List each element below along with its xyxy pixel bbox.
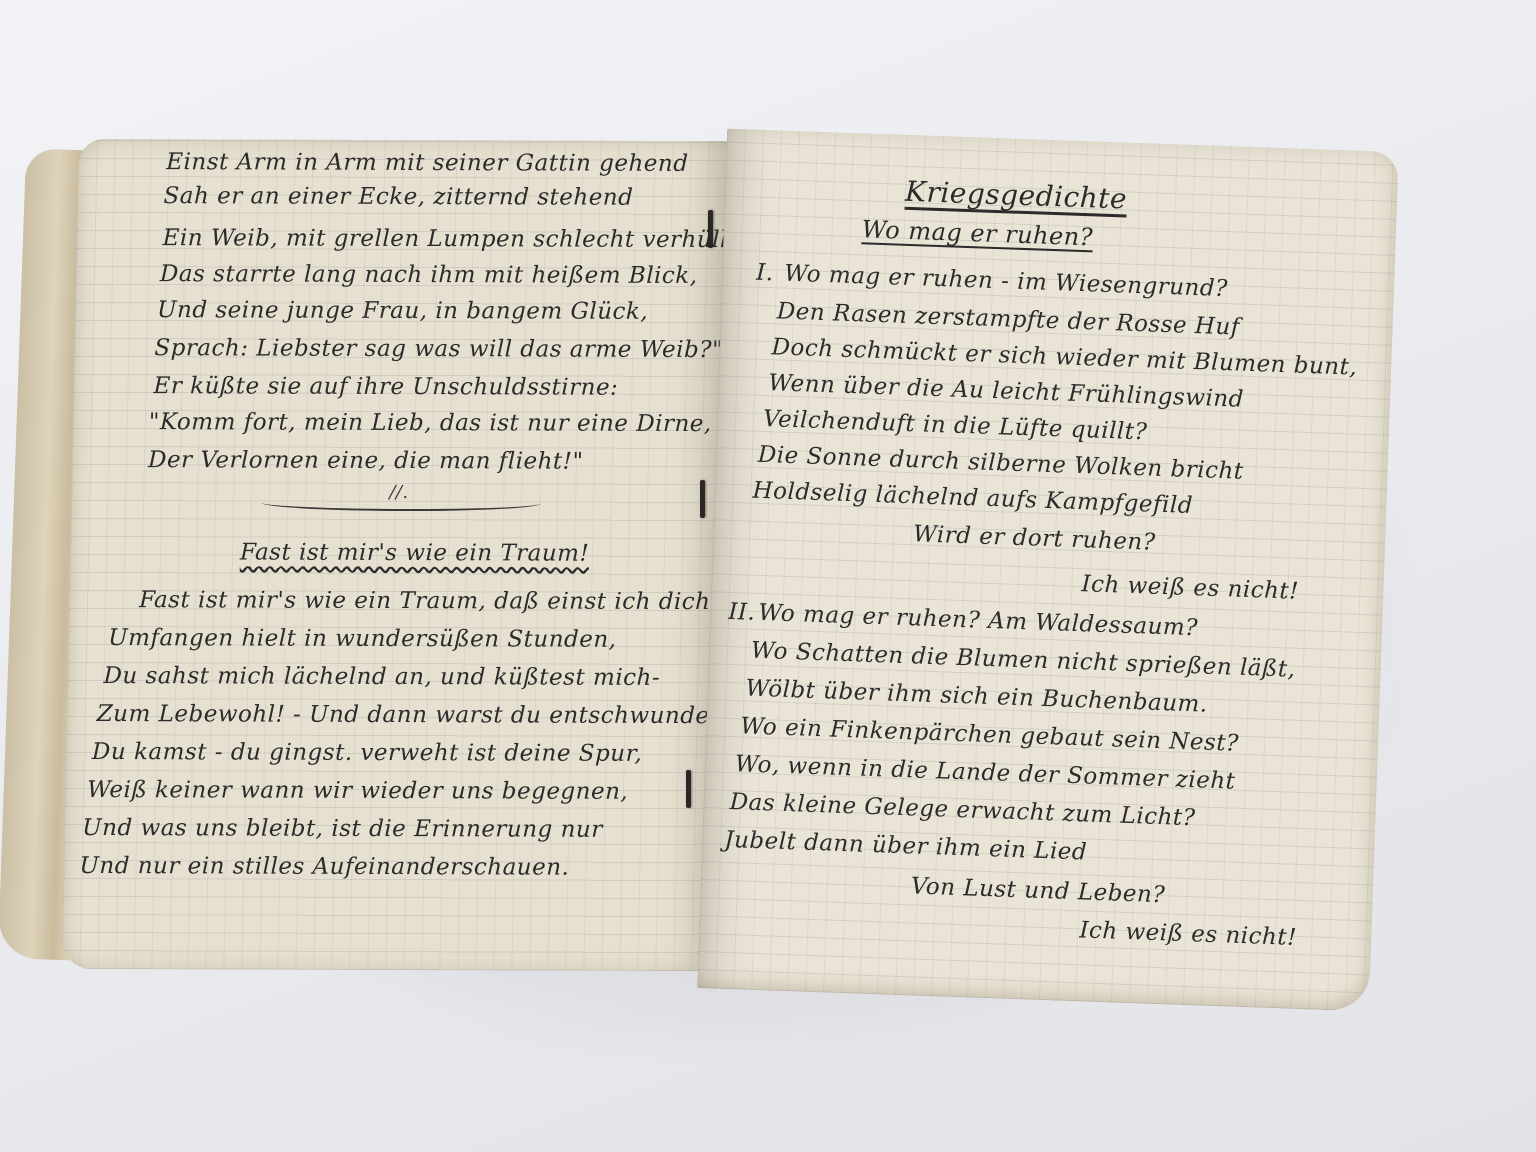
handwritten-line: Die Sonne durch silberne Wolken bricht [757, 442, 1244, 485]
handwritten-line: Sah er an einer Ecke, zitternd stehend [163, 183, 633, 211]
handwritten-line: Wo mag er ruhen? Am Waldessaum? [758, 600, 1199, 641]
handwritten-line: Sprach: Liebster sag was will das arme W… [154, 335, 723, 363]
handwritten-line: Umfangen hielt in wundersüßen Stunden, [108, 625, 617, 653]
handwritten-line: Und nur ein stilles Aufeinanderschauen. [79, 853, 569, 881]
handwritten-line: Wo ein Finkenpärchen gebaut sein Nest? [740, 713, 1239, 756]
handwritten-line: Ein Weib, mit grellen Lumpen schlecht ve… [162, 225, 728, 253]
binding-staple [686, 770, 691, 808]
binding-staple [708, 210, 713, 248]
handwritten-line: Der Verlornen eine, die man flieht!" [148, 447, 584, 475]
handwritten-line: Den Rasen zerstampfte der Rosse Huf [776, 298, 1240, 340]
handwritten-line: "Komm fort, mein Lieb, das ist nur eine … [149, 409, 712, 437]
handwritten-line: Einst Arm in Arm mit seiner Gattin gehen… [166, 149, 689, 177]
handwritten-line: Und was uns bleibt, ist die Erinnerung n… [82, 815, 603, 843]
binding-staple [700, 480, 705, 518]
handwritten-line: Wo mag er ruhen - im Wiesengrund? [784, 261, 1229, 302]
handwritten-line: Veilchenduft in die Lüfte quillt? [763, 406, 1148, 445]
handwritten-line: Wo, wenn in die Lande der Sommer zieht [735, 751, 1236, 794]
stanza-refrain: Ich weiß es nicht! [1081, 571, 1299, 605]
right-page: Kriegsgedichte Wo mag er ruhen? I. Wo ma… [697, 129, 1399, 1012]
page-heading: Kriegsgedichte [905, 175, 1128, 216]
poem-title: Fast ist mir's wie ein Traum! [240, 539, 590, 566]
stanza-refrain: Ich weiß es nicht! [1079, 917, 1297, 951]
stanza-question: Wird er dort ruhen? [913, 521, 1156, 555]
poem-title: Wo mag er ruhen? [861, 215, 1093, 251]
handwritten-line: Er küßte sie auf ihre Unschuldsstirne: [153, 373, 618, 401]
handwritten-line: Zum Lebewohl! - Und dann warst du entsch… [96, 701, 728, 729]
handwritten-line: Du sahst mich lächelnd an, und küßtest m… [103, 663, 660, 691]
stanza-question: Von Lust und Leben? [910, 873, 1165, 908]
stanza-number: II. [728, 599, 756, 626]
left-page: Einst Arm in Arm mit seiner Gattin gehen… [61, 139, 728, 971]
handwritten-line: Weiß keiner wann wir wieder uns begegnen… [87, 777, 629, 805]
handwritten-line: Wo Schatten die Blumen nicht sprießen lä… [751, 638, 1296, 683]
stanza-number: I. [756, 260, 774, 287]
handwritten-line: Holdselig lächelnd aufs Kampfgefild [752, 478, 1193, 519]
handwritten-line: Du kamst - du gingst. verweht ist deine … [92, 739, 643, 767]
divider-mark: //. [389, 482, 409, 503]
handwritten-line: Und seine junge Frau, in bangem Glück, [157, 297, 649, 325]
handwritten-line: Das starrte lang nach ihm mit heißem Bli… [160, 261, 698, 289]
handwritten-line: Wenn über die Au leicht Frühlingswind [768, 370, 1244, 413]
handwritten-line: Fast ist mir's wie ein Traum, daß einst … [139, 587, 711, 615]
handwritten-line: Das kleine Gelege erwacht zum Licht? [729, 789, 1196, 831]
handwritten-line: Wölbt über ihm sich ein Buchenbaum. [745, 676, 1208, 718]
handwritten-line: Jubelt dann über ihm ein Lied [724, 827, 1088, 866]
